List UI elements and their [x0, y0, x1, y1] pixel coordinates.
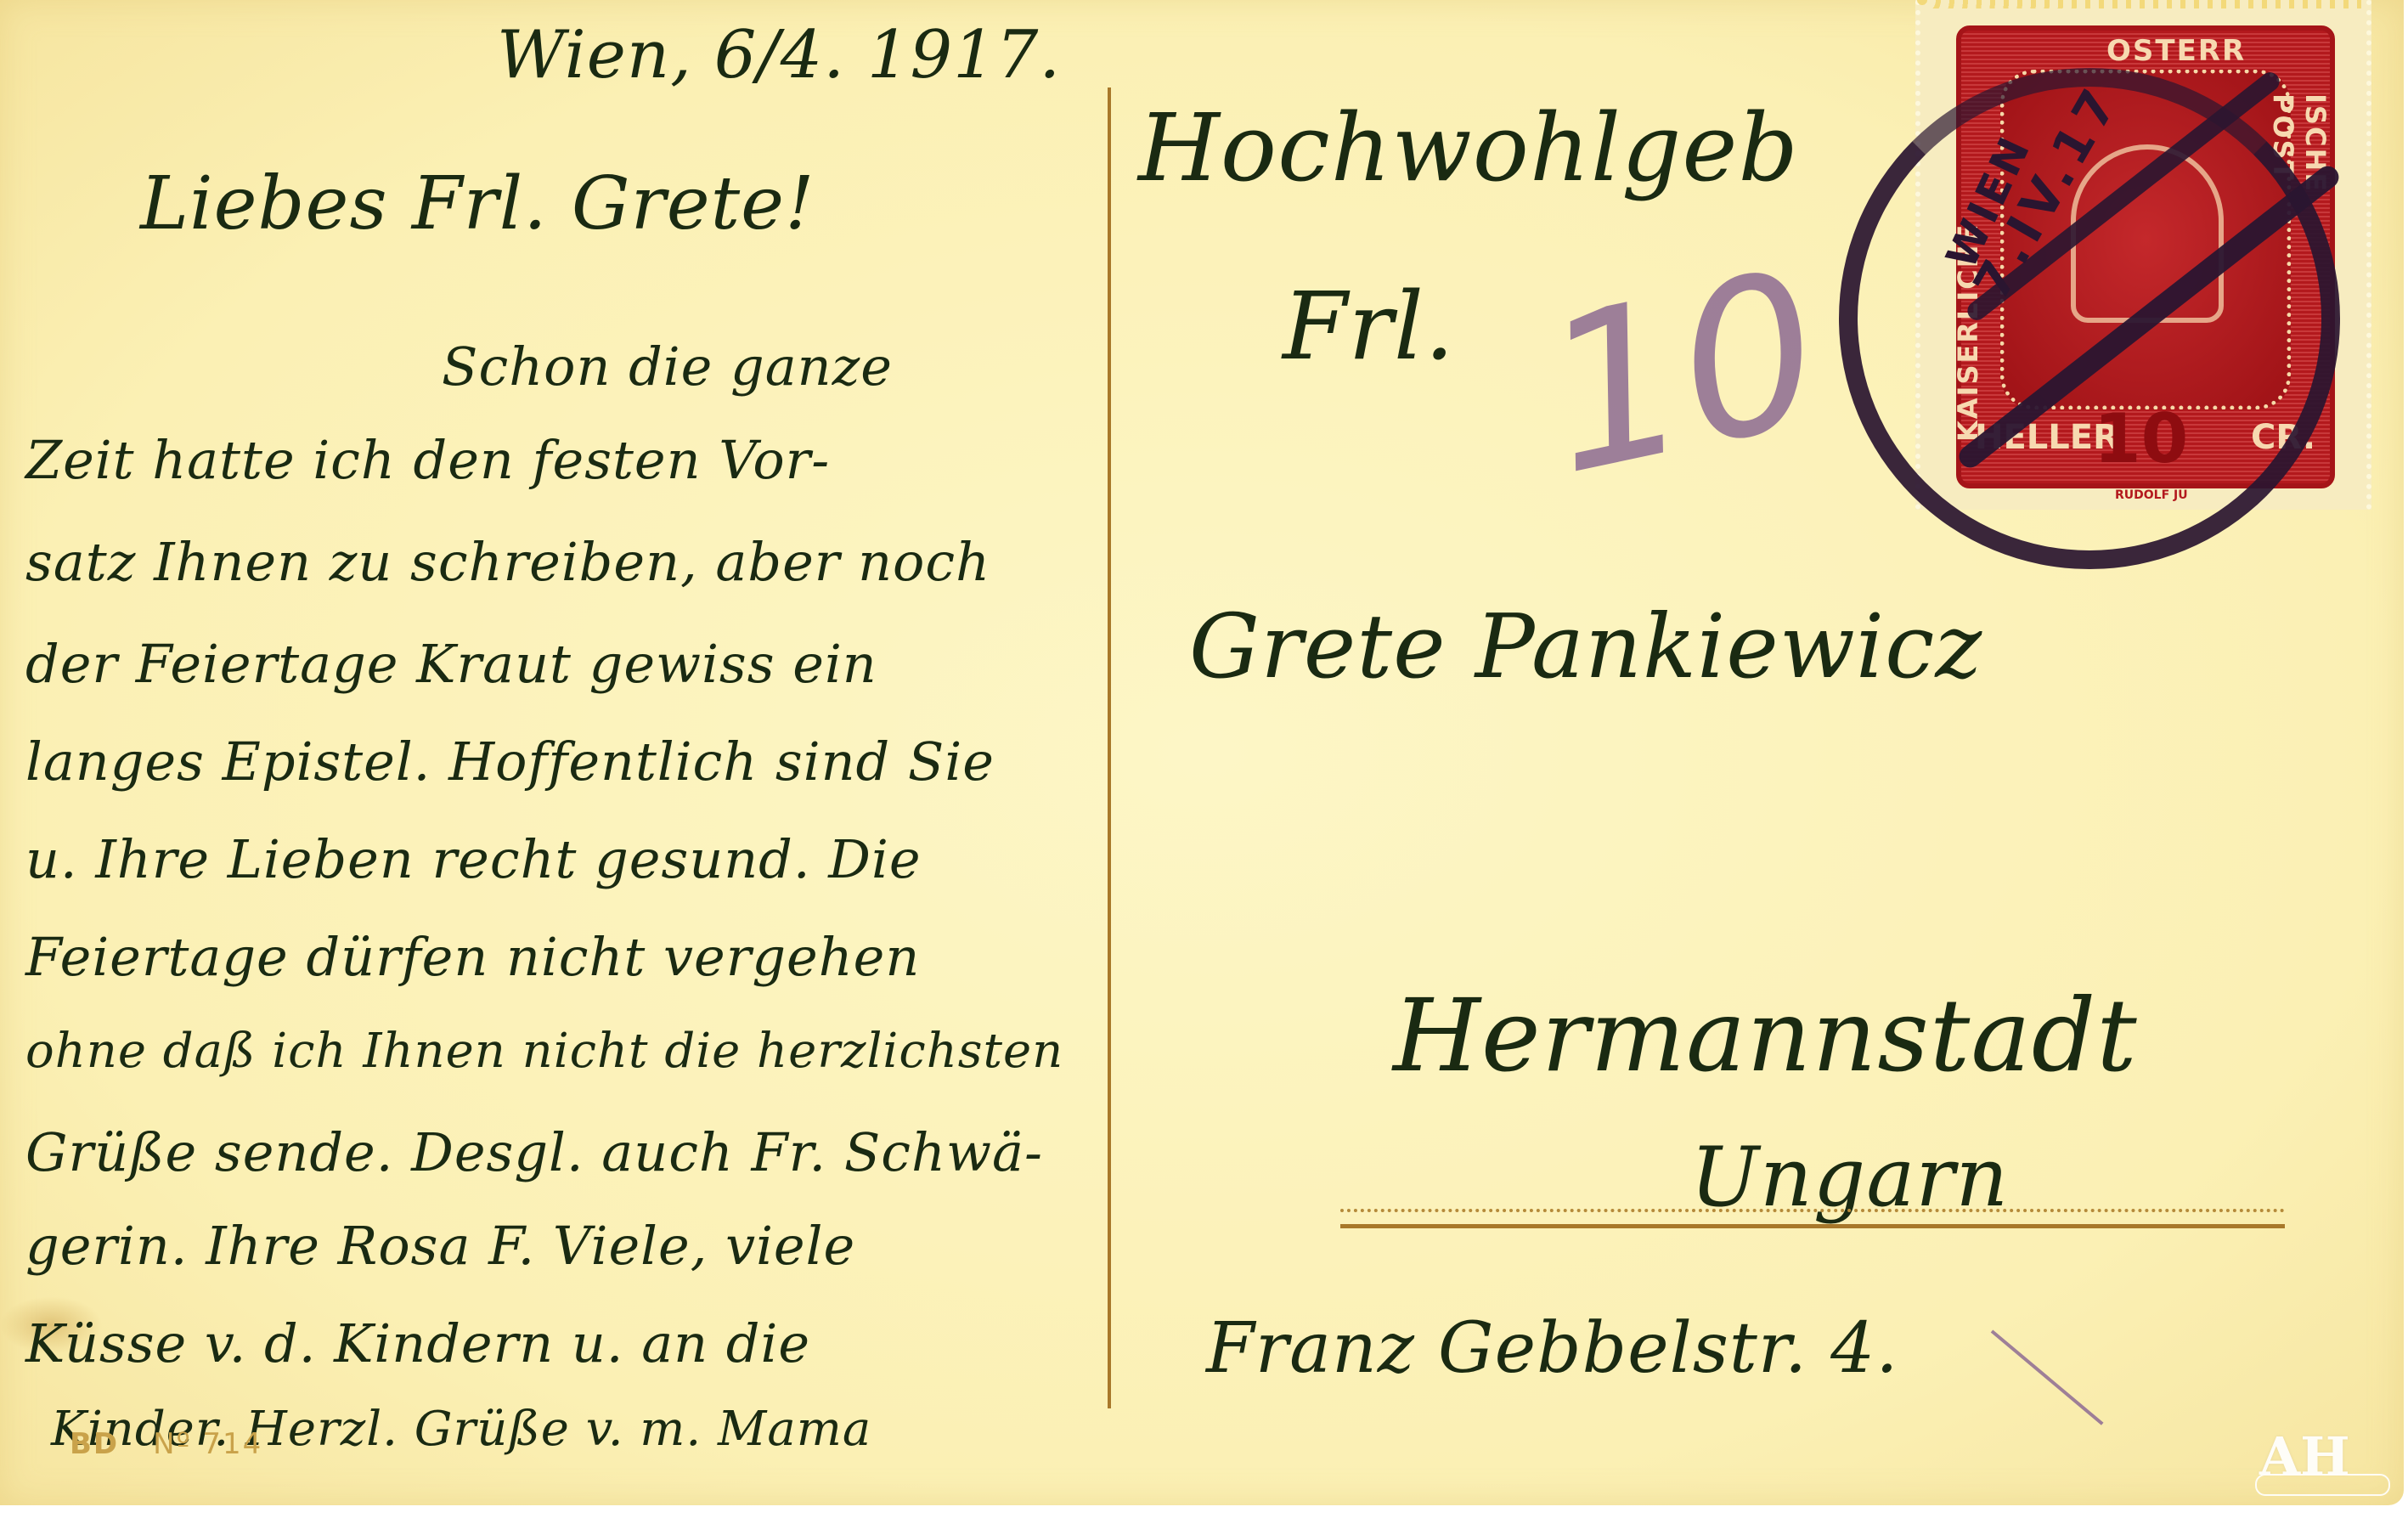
- publisher-logo: BD: [70, 1427, 119, 1461]
- address-rule: [1340, 1224, 2285, 1228]
- place-date: Wien, 6/4. 1917.: [497, 17, 1061, 93]
- address-honorific: Hochwohlgeb: [1138, 93, 1799, 202]
- publisher-mark: BDNº 714: [70, 1427, 262, 1461]
- message-line: der Feiertage Kraut gewiss ein: [25, 633, 877, 695]
- message-line: Schon die ganze: [442, 336, 893, 398]
- address-street: Franz Gebbelstr. 4.: [1206, 1308, 1898, 1389]
- message-line: langes Epistel. Hoffentlich sind Sie: [25, 731, 995, 793]
- address-dotted-rule: [1340, 1209, 2285, 1212]
- message-line: gerin. Ihre Rosa F. Viele, viele: [25, 1215, 855, 1277]
- center-divider: [1108, 87, 1111, 1408]
- message-line: Zeit hatte ich den festen Vor-: [25, 429, 830, 491]
- stamp-perforation: [1915, 0, 2361, 8]
- message-line: Grüße sende. Desgl. auch Fr. Schwä-: [25, 1121, 1043, 1183]
- salutation: Liebes Frl. Grete!: [140, 161, 815, 246]
- publisher-number: Nº 714: [153, 1427, 262, 1461]
- message-line: satz Ihnen zu schreiben, aber noch: [25, 531, 990, 593]
- address-city: Hermannstadt: [1393, 977, 2138, 1094]
- address-name: Grete Pankiewicz: [1189, 595, 1982, 698]
- watermark-band: [2255, 1474, 2390, 1496]
- stamp-text-top: OSTERR: [2106, 34, 2246, 68]
- message-line: ohne daß ich Ihnen nicht die herzlichste…: [25, 1024, 1063, 1079]
- message-line: u. Ihre Lieben recht gesund. Die: [25, 828, 922, 890]
- message-line: Küsse v. d. Kindern u. an die: [25, 1312, 810, 1374]
- address-title: Frl.: [1283, 272, 1455, 381]
- message-line: Feiertage dürfen nicht vergehen: [25, 926, 920, 988]
